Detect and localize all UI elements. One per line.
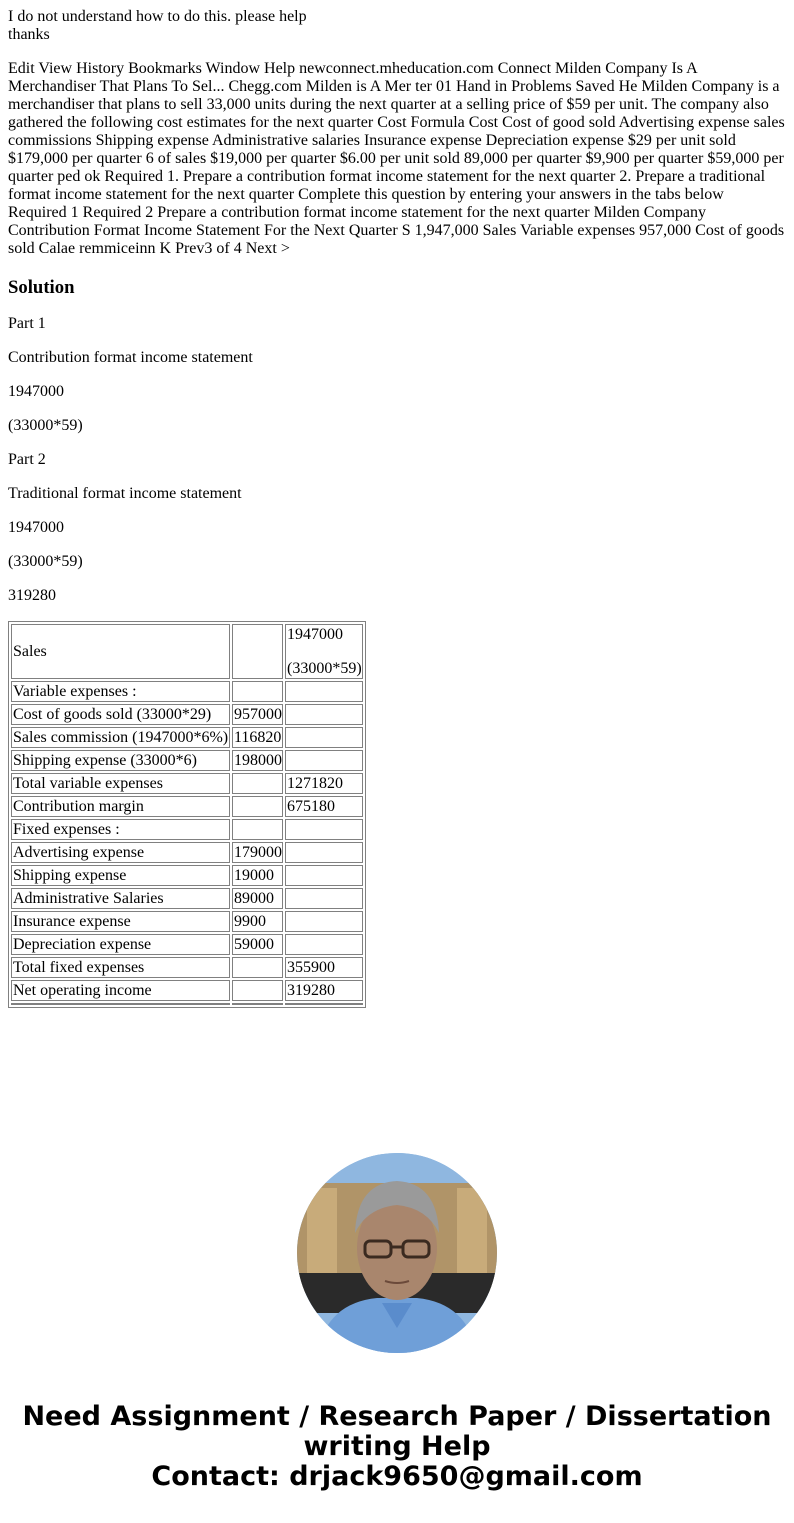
row-label: Administrative Salaries (11, 888, 230, 909)
question-intro-line2: thanks (8, 26, 50, 43)
table-row: Variable expenses : (11, 681, 363, 702)
row-detail-amount (232, 681, 283, 702)
row-detail-amount: 9900 (232, 911, 283, 932)
question-body: Edit View History Bookmarks Window Help … (8, 60, 786, 258)
row-label: Sales commission (1947000*6%) (11, 727, 230, 748)
part-1-sales-value: 1947000 (8, 383, 786, 401)
sales-formula: (33000*59) (287, 660, 362, 678)
row-detail-amount: 89000 (232, 888, 283, 909)
row-label: Shipping expense (11, 865, 230, 886)
row-detail-amount (232, 819, 283, 840)
part-2-sales-formula: (33000*59) (8, 553, 786, 571)
table-row: Net operating income319280 (11, 980, 363, 1001)
row-detail-amount: 59000 (232, 934, 283, 955)
row-total-amount (285, 842, 363, 863)
row-label: Insurance expense (11, 911, 230, 932)
row-detail-amount (232, 773, 283, 794)
row-detail-amount: 198000 (232, 750, 283, 771)
row-label: Cost of goods sold (33000*29) (11, 704, 230, 725)
row-label: Depreciation expense (11, 934, 230, 955)
row-total-amount (285, 681, 363, 702)
sales-label: Sales (11, 624, 230, 679)
table-row: Total fixed expenses355900 (11, 957, 363, 978)
author-avatar (297, 1153, 497, 1353)
part-2-net-income: 319280 (8, 587, 786, 605)
row-detail-amount: 957000 (232, 704, 283, 725)
row-label: Variable expenses : (11, 681, 230, 702)
income-statement-table: Sales 1947000 (33000*59) Variable expens… (8, 621, 366, 1008)
footer-line-2: writing Help (0, 1432, 794, 1462)
question-intro-line1: I do not understand how to do this. plea… (8, 8, 307, 25)
table-row: Shipping expense (33000*6)198000 (11, 750, 363, 771)
sales-amount: 1947000 (287, 626, 362, 644)
part-2-label: Part 2 (8, 451, 786, 469)
row-label: Contribution margin (11, 796, 230, 817)
empty-cell (232, 1003, 283, 1005)
table-row: Insurance expense9900 (11, 911, 363, 932)
row-total-amount: 675180 (285, 796, 363, 817)
row-label: Advertising expense (11, 842, 230, 863)
row-total-amount (285, 888, 363, 909)
table-row: Depreciation expense59000 (11, 934, 363, 955)
part-1-sales-formula: (33000*59) (8, 417, 786, 435)
row-label: Fixed expenses : (11, 819, 230, 840)
table-row: Shipping expense19000 (11, 865, 363, 886)
table-row: Fixed expenses : (11, 819, 363, 840)
part-2-title: Traditional format income statement (8, 485, 786, 503)
solution-heading: Solution (8, 277, 786, 299)
sales-detail (232, 624, 283, 679)
question-intro: I do not understand how to do this. plea… (8, 8, 786, 44)
row-label: Net operating income (11, 980, 230, 1001)
table-row: Contribution margin675180 (11, 796, 363, 817)
row-total-amount (285, 934, 363, 955)
row-detail-amount (232, 980, 283, 1001)
row-total-amount: 355900 (285, 957, 363, 978)
table-row: Administrative Salaries89000 (11, 888, 363, 909)
row-total-amount (285, 911, 363, 932)
row-label: Shipping expense (33000*6) (11, 750, 230, 771)
part-2-sales-value: 1947000 (8, 519, 786, 537)
row-detail-amount: 116820 (232, 727, 283, 748)
page: I do not understand how to do this. plea… (0, 8, 794, 1008)
part-1-title: Contribution format income statement (8, 349, 786, 367)
empty-cell (11, 1003, 230, 1005)
footer-contact: Contact: drjack9650@gmail.com (0, 1462, 794, 1492)
row-total-amount (285, 819, 363, 840)
empty-cell (285, 1003, 363, 1005)
table-row: Cost of goods sold (33000*29)957000 (11, 704, 363, 725)
sales-total: 1947000 (33000*59) (285, 624, 363, 679)
row-detail-amount: 19000 (232, 865, 283, 886)
table-row: Advertising expense179000 (11, 842, 363, 863)
contact-footer: Need Assignment / Research Paper / Disse… (0, 1402, 794, 1492)
row-total-amount (285, 704, 363, 725)
row-detail-amount (232, 957, 283, 978)
row-label: Total fixed expenses (11, 957, 230, 978)
table-row-sales: Sales 1947000 (33000*59) (11, 624, 363, 679)
footer-line-1: Need Assignment / Research Paper / Disse… (0, 1402, 794, 1432)
row-detail-amount: 179000 (232, 842, 283, 863)
row-total-amount (285, 727, 363, 748)
table-row: Total variable expenses1271820 (11, 773, 363, 794)
table-row-empty (11, 1003, 363, 1005)
person-portrait-icon (297, 1153, 497, 1353)
row-total-amount: 319280 (285, 980, 363, 1001)
row-total-amount (285, 865, 363, 886)
row-label: Total variable expenses (11, 773, 230, 794)
row-total-amount (285, 750, 363, 771)
row-total-amount: 1271820 (285, 773, 363, 794)
row-detail-amount (232, 796, 283, 817)
table-row: Sales commission (1947000*6%)116820 (11, 727, 363, 748)
part-1-label: Part 1 (8, 315, 786, 333)
